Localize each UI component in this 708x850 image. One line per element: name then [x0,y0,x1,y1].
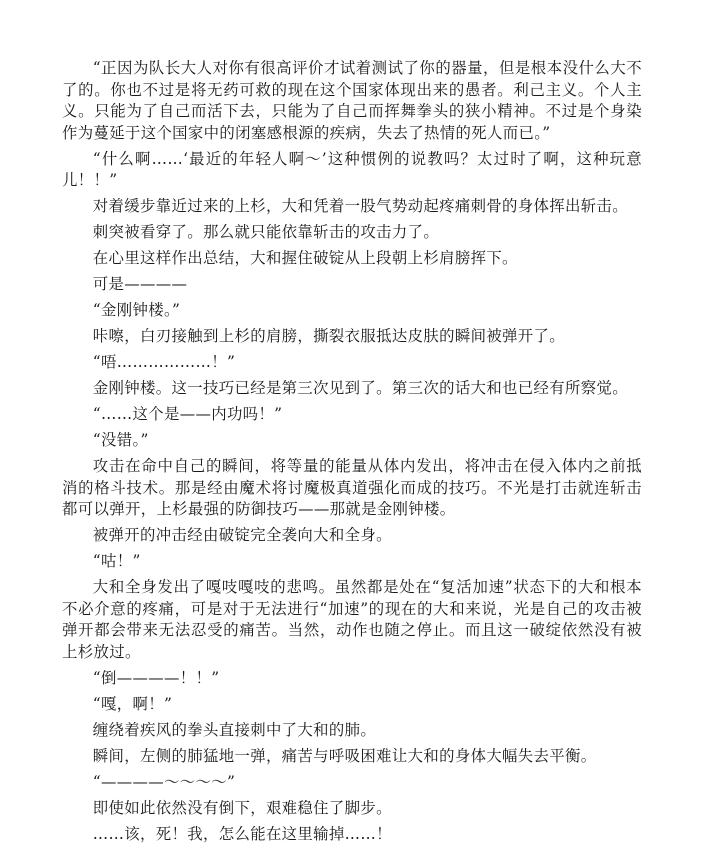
paragraph: 对着缓步靠近过来的上杉，大和凭着一股气势动起疼痛刺骨的身体挥出斩击。 [62,196,642,218]
paragraph: 即使如此依然没有倒下，艰难稳住了脚步。 [62,798,642,820]
paragraph: 瞬间，左侧的肺猛地一弹，痛苦与呼吸困难让大和的身体大幅失去平衡。 [62,746,642,768]
paragraph: “正因为队长大人对你有很高评价才试着测试了你的器量，但是根本没什么大不了的。你也… [62,58,642,144]
paragraph: “————～～～～” [62,772,642,794]
paragraph: “没错。” [62,430,642,452]
paragraph: 攻击在命中自己的瞬间，将等量的能量从体内发出，将冲击在侵入体内之前抵消的格斗技术… [62,456,642,521]
paragraph: 在心里这样作出总结，大和握住破锭从上段朝上杉肩膀挥下。 [62,248,642,270]
paragraph: ……该，死！我，怎么能在这里输掉……！ [62,824,642,846]
paragraph: 咔嚓，白刃接触到上杉的肩膀，撕裂衣服抵达皮肤的瞬间被弹开了。 [62,326,642,348]
document-page: “正因为队长大人对你有很高评价才试着测试了你的器量，但是根本没什么大不了的。你也… [62,58,642,850]
paragraph: “什么啊……‘最近的年轻人啊～’这种惯例的说教吗？太过时了啊，这种玩意儿！！” [62,149,642,192]
paragraph: 金刚钟楼。这一技巧已经是第三次见到了。第三次的话大和也已经有所察觉。 [62,378,642,400]
paragraph: 缠绕着疾风的拳头直接刺中了大和的肺。 [62,720,642,742]
paragraph: “咕！” [62,551,642,573]
paragraph: “……这个是——内功吗！” [62,404,642,426]
paragraph: 可是———— [62,274,642,296]
paragraph: 大和全身发出了嘎吱嘎吱的悲鸣。虽然都是处在“复活加速”状态下的大和根本不必介意的… [62,577,642,663]
paragraph: “金刚钟楼。” [62,300,642,322]
paragraph: “唔………………！” [62,352,642,374]
paragraph: “倒————！！” [62,668,642,690]
paragraph: “嘎，啊！” [62,694,642,716]
paragraph: 刺突被看穿了。那么就只能依靠斩击的攻击力了。 [62,222,642,244]
paragraph: 被弹开的冲击经由破锭完全袭向大和全身。 [62,525,642,547]
